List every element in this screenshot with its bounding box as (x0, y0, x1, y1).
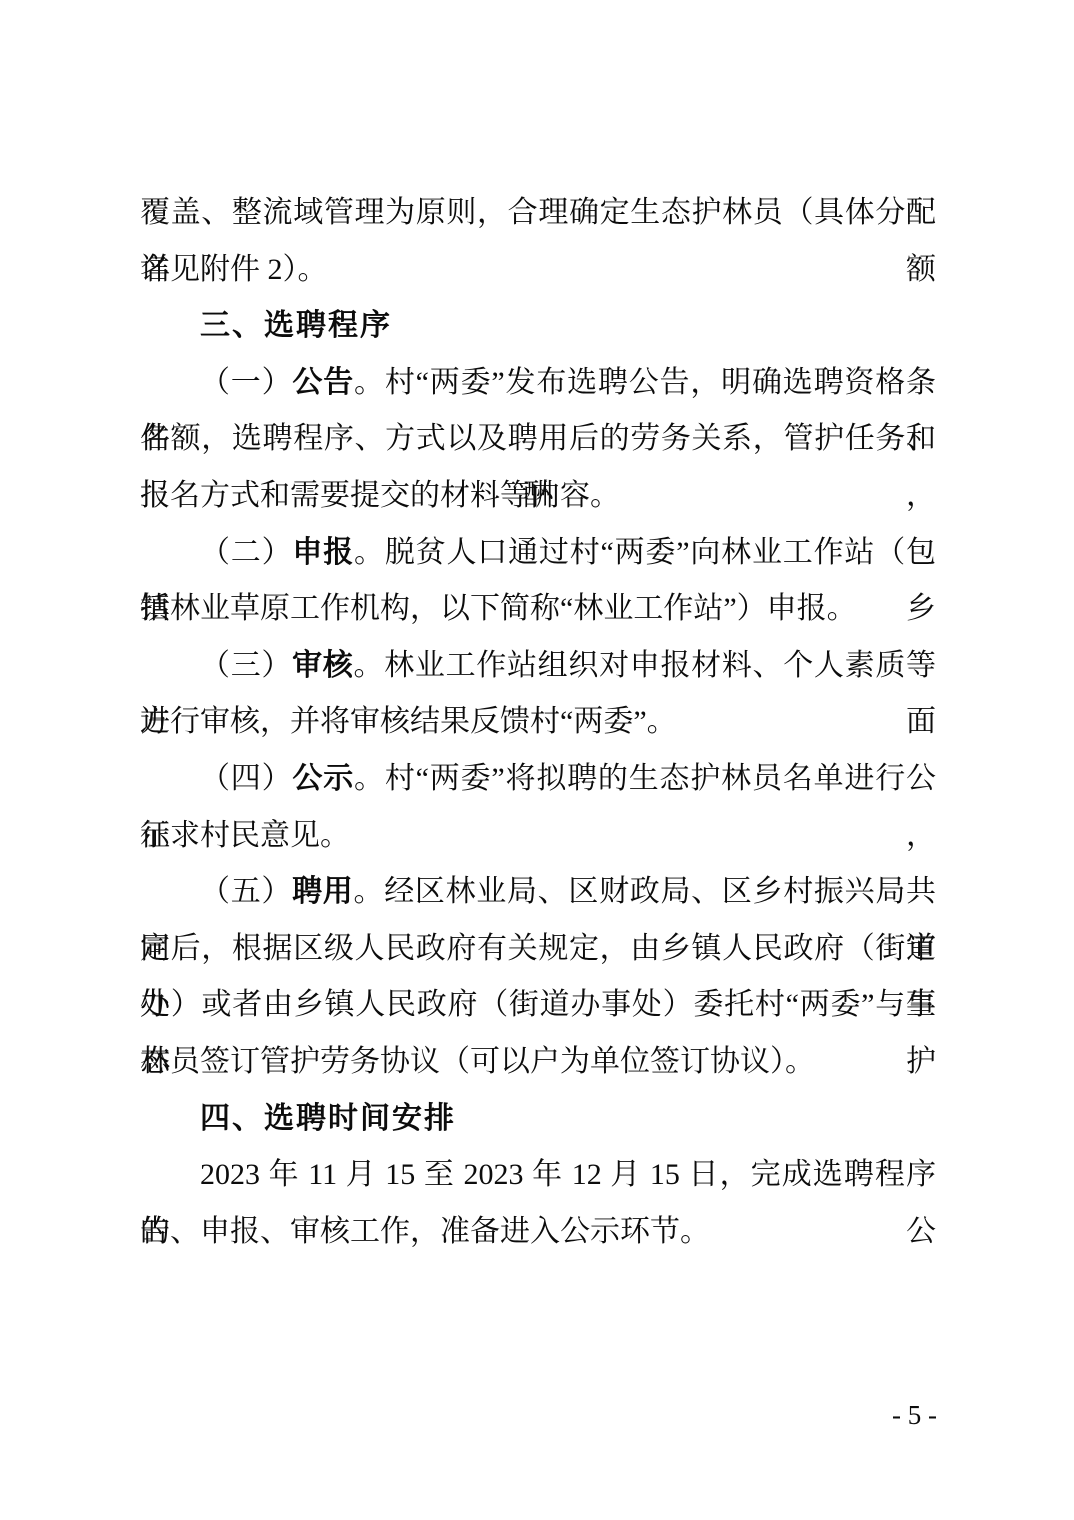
item-1-line: （一）公告。村“两委”发布选聘公告，明确选聘资格条件、 (140, 355, 936, 412)
body-text: 详见附件 2）。 (140, 253, 328, 286)
item-label: 申报 (292, 536, 354, 569)
item-2-line: （二）申报。脱贫人口通过村“两委”向林业工作站（包括乡 (140, 525, 936, 582)
item-5-line: （五）聘用。经区林业局、区财政局、区乡村振兴局共同审 (140, 864, 936, 921)
item-number: （五） (200, 875, 292, 908)
schedule-line: 2023 年 11 月 15 至 2023 年 12 月 15 日，完成选聘程序… (140, 1147, 936, 1204)
document-page: 覆盖、整流域管理为原则，合理确定生态护林员（具体分配名额 详见附件 2）。 三、… (0, 0, 1074, 1520)
heading-text: 四、选聘时间安排 (200, 1102, 456, 1135)
item-text: 报名方式和需要提交的材料等内容。 (140, 479, 620, 512)
item-5-line: 处）或者由乡镇人民政府（街道办事处）委托村“两委”与生态护 (140, 977, 936, 1034)
item-text: 征求村民意见。 (140, 819, 350, 852)
paragraph-line: 覆盖、整流域管理为原则，合理确定生态护林员（具体分配名额 (140, 185, 936, 242)
document-body: 覆盖、整流域管理为原则，合理确定生态护林员（具体分配名额 详见附件 2）。 三、… (140, 185, 936, 1260)
item-number: （四） (200, 762, 292, 795)
item-label: 聘用 (292, 875, 353, 908)
body-text: 告、申报、审核工作，准备进入公示环节。 (140, 1215, 710, 1248)
heading-text: 三、选聘程序 (200, 309, 392, 342)
item-1-line: 名额，选聘程序、方式以及聘用后的劳务关系，管护任务和报酬， (140, 411, 936, 468)
item-label: 公示 (292, 762, 354, 795)
section-heading-4: 四、选聘时间安排 (140, 1091, 936, 1148)
item-4-line: （四）公示。村“两委”将拟聘的生态护林员名单进行公示， (140, 751, 936, 808)
item-text: 进行审核，并将审核结果反馈村“两委”。 (140, 705, 677, 738)
section-heading-3: 三、选聘程序 (140, 298, 936, 355)
item-number: （二） (200, 536, 292, 569)
item-5-line: 定后，根据区级人民政府有关规定，由乡镇人民政府（街道办事 (140, 921, 936, 978)
page-number: - 5 - (892, 1398, 937, 1432)
item-number: （三） (200, 649, 292, 682)
item-number: （一） (200, 366, 292, 399)
item-label: 审核 (292, 649, 353, 682)
item-text: 林员签订管护劳务协议（可以户为单位签订协议）。 (140, 1045, 815, 1078)
item-text: 镇林业草原工作机构，以下简称“林业工作站”）申报。 (140, 592, 857, 625)
item-2-line: 镇林业草原工作机构，以下简称“林业工作站”）申报。 (140, 581, 936, 638)
item-3-line: （三）审核。林业工作站组织对申报材料、个人素质等方面 (140, 638, 936, 695)
item-label: 公告 (292, 366, 354, 399)
